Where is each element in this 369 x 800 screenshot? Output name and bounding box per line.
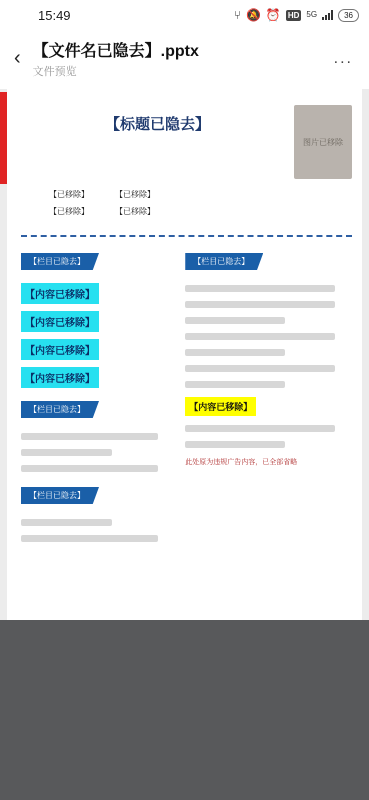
file-preview-label: 文件预览: [33, 63, 324, 79]
redacted-text: [185, 349, 285, 356]
section-chip: 【栏目已隐去】: [185, 253, 263, 270]
meta-field: 【已移除】: [115, 189, 155, 200]
highlight-line: 【内容已移除】: [21, 283, 99, 304]
redaction-note: 此处原为违规广告内容，已全部省略: [185, 457, 352, 467]
redacted-text: [185, 365, 335, 372]
file-preview-header: ‹ 【文件名已隐去】.pptx 文件预览 ...: [0, 30, 369, 89]
document-page: 【标题已隐去】 图片已移除 【已移除】 【已移除】 【已移除】 【已移除】 【栏…: [7, 89, 362, 624]
status-bar: 15:49 ⑂ 🔕 ⏰ HD 5G 36: [0, 0, 369, 30]
more-menu-button[interactable]: ...: [330, 50, 357, 68]
divider: [21, 235, 352, 237]
redacted-text: [185, 317, 285, 324]
meta-field: 【已移除】: [115, 206, 155, 217]
highlight-line: 【内容已移除】: [21, 367, 99, 388]
redacted-text: [21, 519, 112, 526]
mute-icon: 🔕: [246, 9, 261, 21]
redacted-text: [21, 449, 112, 456]
redacted-text: [185, 381, 285, 388]
highlight-line: 【内容已移除】: [21, 339, 99, 360]
file-title: 【文件名已隐去】.pptx: [33, 43, 199, 60]
section-chip: 【栏目已隐去】: [21, 253, 99, 270]
meta-block: 【已移除】 【已移除】 【已移除】 【已移除】: [49, 189, 352, 223]
redacted-text: [21, 535, 158, 542]
preview-background: [0, 620, 369, 800]
redacted-text: [185, 301, 335, 308]
redacted-text: [21, 465, 158, 472]
redacted-text: [185, 333, 335, 340]
photo-placeholder: 图片已移除: [294, 105, 352, 179]
meta-field: 【已移除】: [49, 206, 89, 217]
redacted-text: [21, 433, 158, 440]
bluetooth-icon: ⑂: [234, 9, 241, 21]
alarm-icon: ⏰: [266, 9, 281, 21]
battery-icon: 36: [338, 9, 359, 22]
network-type-label: 5G: [306, 11, 317, 19]
section-chip: 【栏目已隐去】: [21, 487, 99, 504]
document-preview-area[interactable]: 【标题已隐去】 图片已移除 【已移除】 【已移除】 【已移除】 【已移除】 【栏…: [0, 89, 369, 681]
section-chip: 【栏目已隐去】: [21, 401, 99, 418]
back-button[interactable]: ‹: [8, 47, 27, 70]
redacted-text: [185, 441, 285, 448]
page-title: 【标题已隐去】: [21, 105, 294, 179]
clock: 15:49: [38, 8, 71, 23]
highlight-line: 【内容已移除】: [21, 311, 99, 332]
signal-5g-icon: [322, 10, 333, 20]
meta-field: 【已移除】: [49, 189, 89, 200]
redacted-text: [185, 425, 335, 432]
scroll-indicator: [0, 92, 7, 184]
highlight-line-yellow: 【内容已移除】: [185, 397, 256, 416]
redacted-text: [185, 285, 335, 292]
hd-badge: HD: [286, 10, 302, 21]
